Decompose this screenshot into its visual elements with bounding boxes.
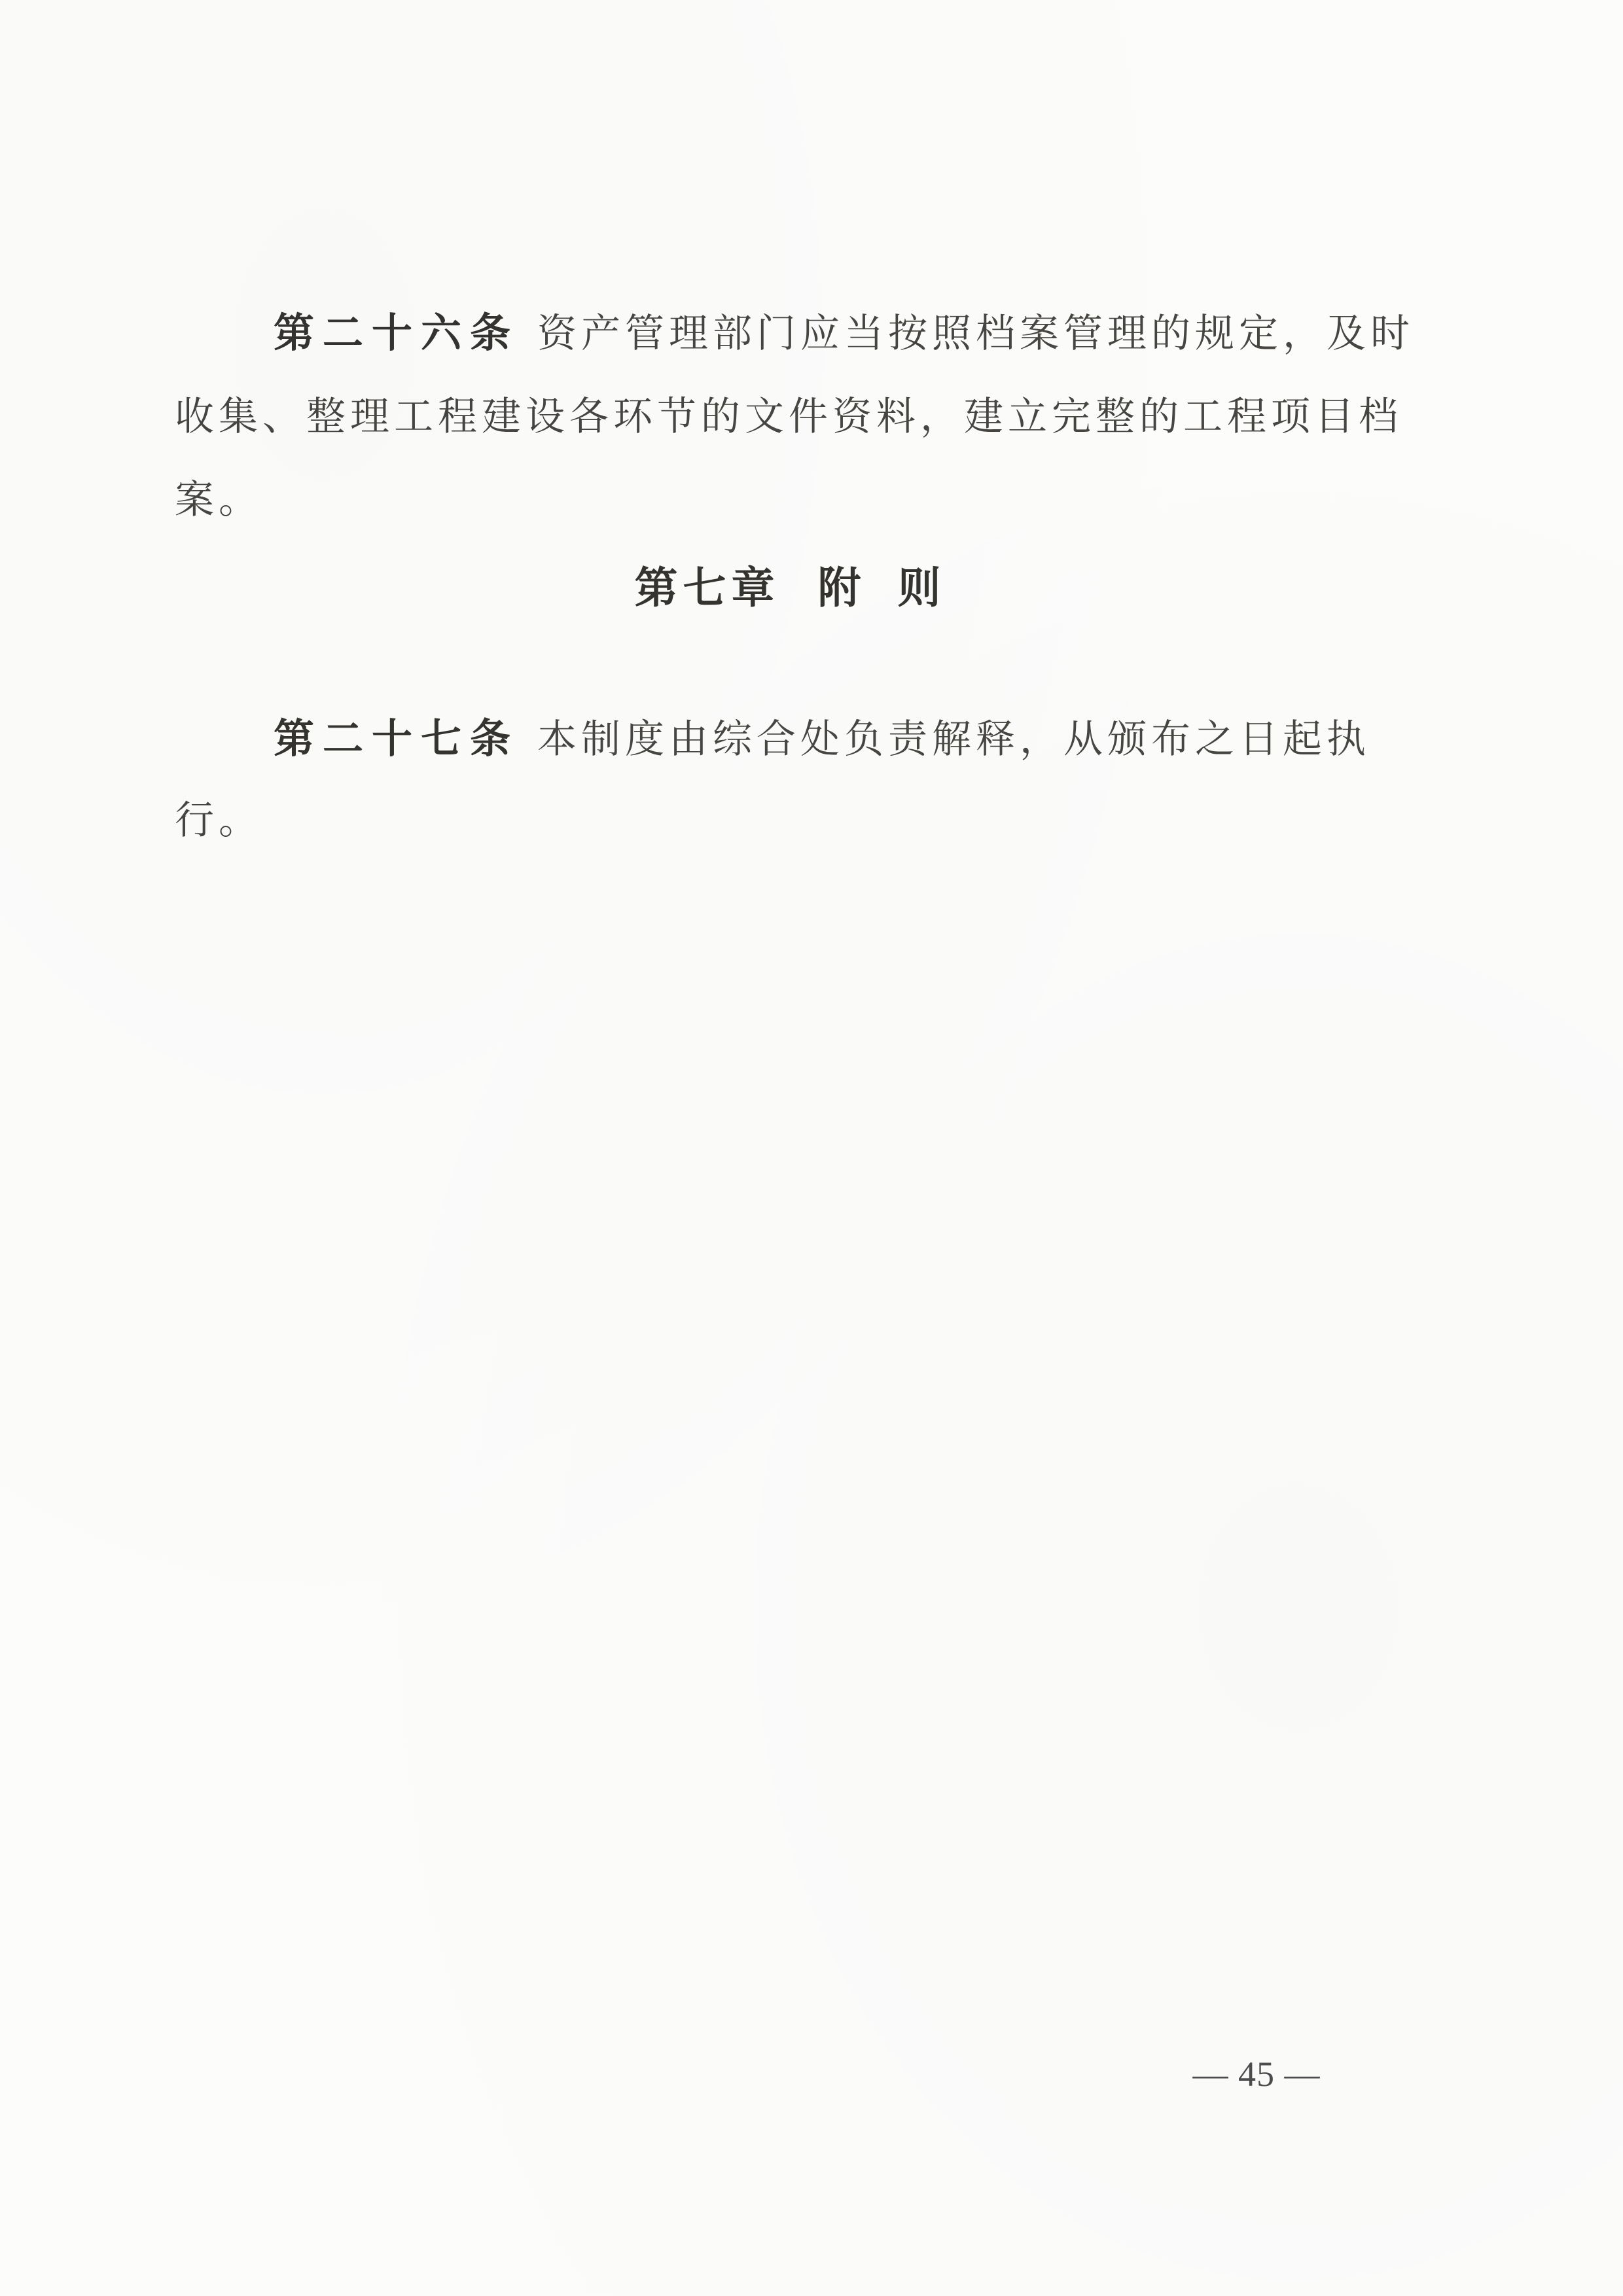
article-26-line-2: 收集、整理工程建设各环节的文件资料，建立完整的工程项目档 [175,393,1406,440]
article-26-line-1-text: 资产管理部门应当按照档案管理的规定，及时 [537,312,1414,355]
article-27-line-1: 第二十七条本制度由综合处负责解释，从颁布之日起执 [175,716,1406,763]
article-27-label: 第二十七条 [274,716,519,762]
article-26-label: 第二十六条 [274,311,519,356]
article-26-line-3: 案。 [175,476,1406,523]
chapter-7-title-char-1: 附 [818,563,866,612]
article-27-line-2: 行。 [175,797,1406,844]
article-27-line-1-text: 本制度由综合处负责解释，从颁布之日起执 [537,718,1370,761]
chapter-7-title-char-2: 则 [898,563,946,612]
article-26-line-1: 第二十六条资产管理部门应当按照档案管理的规定，及时 [175,310,1406,357]
chapter-7-heading: 第七章附则 [175,560,1406,615]
page-number: — 45 — [1158,2053,1355,2095]
chapter-7-number: 第七章 [635,563,780,612]
scanned-document-page: 第二十六条资产管理部门应当按照档案管理的规定，及时 收集、整理工程建设各环节的文… [0,0,1623,2296]
